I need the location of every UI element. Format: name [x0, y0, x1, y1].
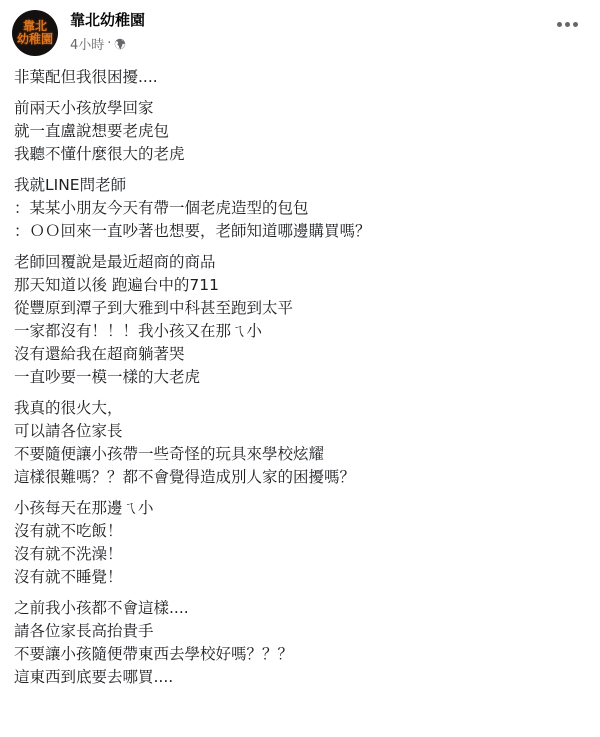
text-line: 非葉配但我很困擾.... [14, 66, 584, 89]
more-options-button[interactable] [557, 22, 578, 27]
text-line: 沒有就不睡覺！ [14, 566, 584, 589]
text-line: 老師回覆說是最近超商的商品 [14, 251, 584, 274]
post-header: 靠北 幼稚園 靠北幼稚園 4小時 · [0, 0, 600, 62]
paragraph: 小孩每天在那邊ㄟ小 沒有就不吃飯！ 沒有就不洗澡！ 沒有就不睡覺！ [14, 497, 584, 589]
text-line: 沒有還給我在超商躺著哭 [14, 343, 584, 366]
text-line: 小孩每天在那邊ㄟ小 [14, 497, 584, 520]
text-line: 就一直盧說想要老虎包 [14, 120, 584, 143]
text-line: 這東西到底要去哪買.... [14, 666, 584, 689]
post-body: 非葉配但我很困擾.... 前兩天小孩放學回家 就一直盧說想要老虎包 我聽不懂什麼… [14, 66, 584, 697]
avatar-text-line-2: 幼稚園 [17, 33, 53, 46]
paragraph: 非葉配但我很困擾.... [14, 66, 584, 89]
text-line: 沒有就不吃飯！ [14, 520, 584, 543]
text-line: 之前我小孩都不會這樣.... [14, 597, 584, 620]
paragraph: 前兩天小孩放學回家 就一直盧說想要老虎包 我聽不懂什麼很大的老虎 [14, 97, 584, 166]
paragraph: 我真的很火大， 可以請各位家長 不要隨便讓小孩帶一些奇怪的玩具來學校炫耀 這樣很… [14, 397, 584, 489]
paragraph: 我就LINE問老師 ：某某小朋友今天有帶一個老虎造型的包包 ：ＯＯ回來一直吵著也… [14, 174, 584, 243]
text-line: 前兩天小孩放學回家 [14, 97, 584, 120]
text-line: 那天知道以後 跑遍台中的711 [14, 274, 584, 297]
text-line: 我就LINE問老師 [14, 174, 584, 197]
more-options-icon-dot [565, 22, 570, 27]
more-options-icon-dot [573, 22, 578, 27]
text-line: 沒有就不洗澡！ [14, 543, 584, 566]
text-line: 請各位家長高抬貴手 [14, 620, 584, 643]
facebook-post: 靠北 幼稚園 靠北幼稚園 4小時 · 非葉配但我很困擾.... 前兩天小孩放學回… [0, 0, 600, 737]
post-meta: 4小時 · [70, 34, 126, 53]
more-options-icon-dot [557, 22, 562, 27]
text-line: 從豐原到潭子到大雅到中科甚至跑到太平 [14, 297, 584, 320]
avatar[interactable]: 靠北 幼稚園 [12, 10, 58, 56]
meta-separator: · [107, 36, 111, 51]
text-line: 一家都沒有！！！我小孩又在那ㄟ小 [14, 320, 584, 343]
text-line: 一直吵要一模一樣的大老虎 [14, 366, 584, 389]
text-line: ：某某小朋友今天有帶一個老虎造型的包包 [14, 197, 584, 220]
text-line: 這樣很難嗎？？都不會覺得造成別人家的困擾嗎？ [14, 466, 584, 489]
text-line: ：ＯＯ回來一直吵著也想要，老師知道哪邊購買嗎？ [14, 220, 584, 243]
paragraph: 之前我小孩都不會這樣.... 請各位家長高抬貴手 不要讓小孩隨便帶東西去學校好嗎… [14, 597, 584, 689]
text-line: 不要隨便讓小孩帶一些奇怪的玩具來學校炫耀 [14, 443, 584, 466]
globe-icon[interactable] [114, 38, 126, 50]
text-line: 不要讓小孩隨便帶東西去學校好嗎？？？ [14, 643, 584, 666]
paragraph: 老師回覆說是最近超商的商品 那天知道以後 跑遍台中的711 從豐原到潭子到大雅到… [14, 251, 584, 389]
text-line: 我聽不懂什麼很大的老虎 [14, 143, 584, 166]
author-name[interactable]: 靠北幼稚園 [70, 9, 145, 30]
text-line: 可以請各位家長 [14, 420, 584, 443]
timestamp[interactable]: 4小時 [70, 34, 104, 53]
text-line: 我真的很火大， [14, 397, 584, 420]
